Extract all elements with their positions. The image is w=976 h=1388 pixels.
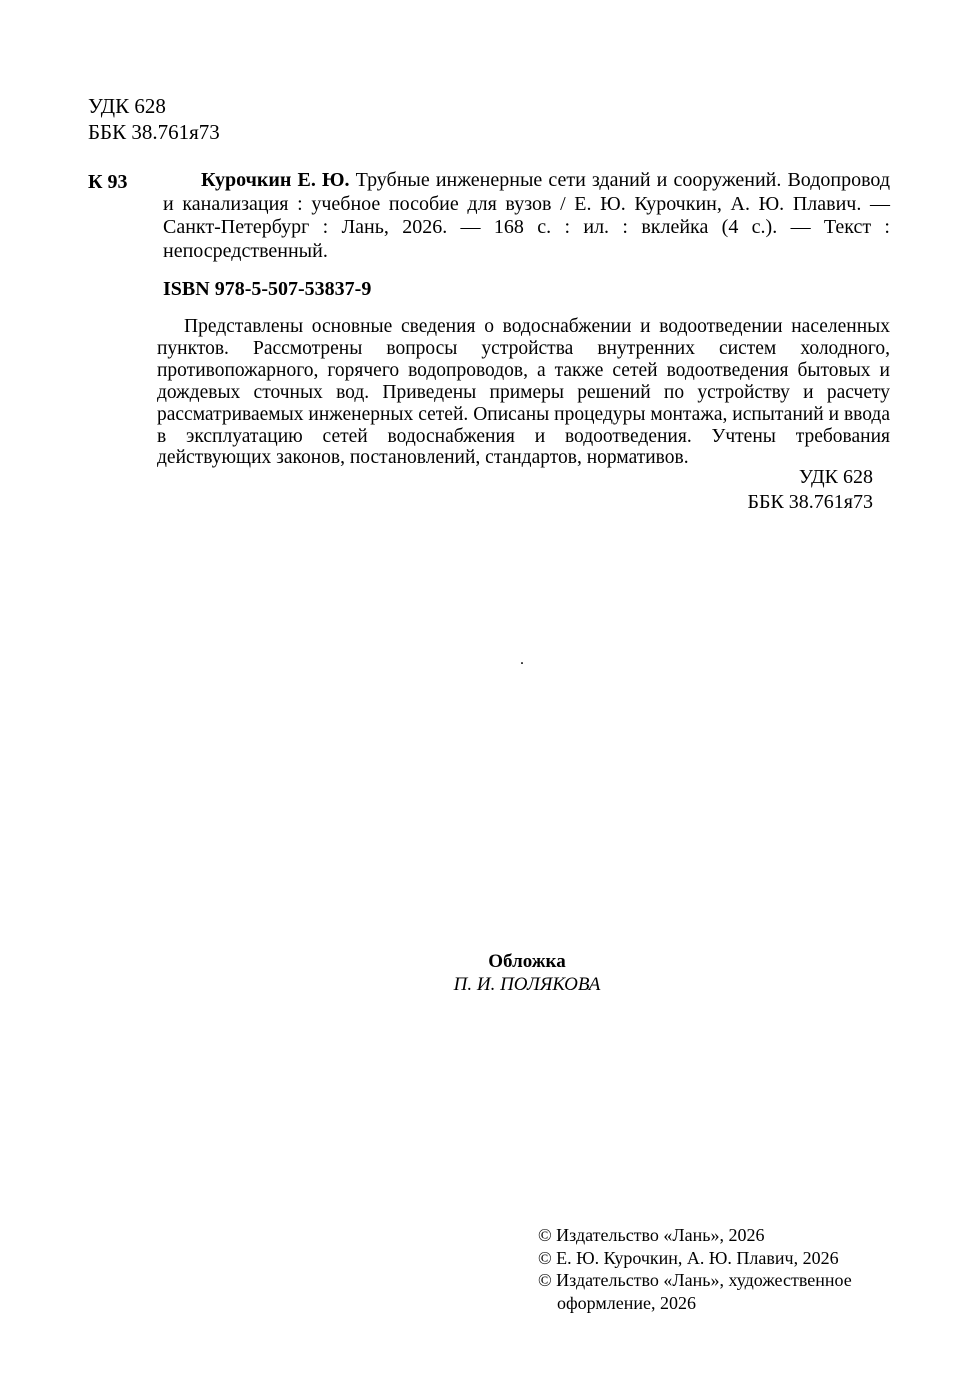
center-dot-mark: . [520,652,524,668]
bibliographic-authors: Курочкин Е. Ю. [201,169,350,191]
imprint-page: УДК 628 ББК 38.761я73 К 93 Курочкин Е. Ю… [0,0,976,1388]
copyright-block: © Издательство «Лань», 2026 © Е. Ю. Куро… [538,1224,958,1314]
annotation-paragraph: Представлены основные сведения о водосна… [157,316,890,469]
bbk-code-top: ББК 38.761я73 [88,119,220,145]
isbn-number: ISBN 978-5-507-53837-9 [163,278,371,301]
copyright-line: © Издательство «Лань», художественное [538,1269,958,1292]
bbk-code-right: ББК 38.761я73 [590,490,873,515]
catalog-letter-code: К 93 [88,171,128,194]
bottom-classification-codes: УДК 628 ББК 38.761я73 [590,465,873,515]
udk-code-right: УДК 628 [590,465,873,490]
cover-credit-name: П. И. ПОЛЯКОВА [164,973,890,996]
cover-credit: Обложка П. И. ПОЛЯКОВА [164,950,890,996]
copyright-line: © Издательство «Лань», 2026 [538,1224,958,1247]
udk-code-top: УДК 628 [88,93,220,119]
bibliographic-entry: Курочкин Е. Ю. Трубные инженерные сети з… [163,169,890,263]
top-classification-codes: УДК 628 ББК 38.761я73 [88,93,220,145]
copyright-line-continuation: оформление, 2026 [538,1292,958,1315]
cover-credit-heading: Обложка [164,950,890,973]
copyright-line: © Е. Ю. Курочкин, А. Ю. Плавич, 2026 [538,1247,958,1270]
